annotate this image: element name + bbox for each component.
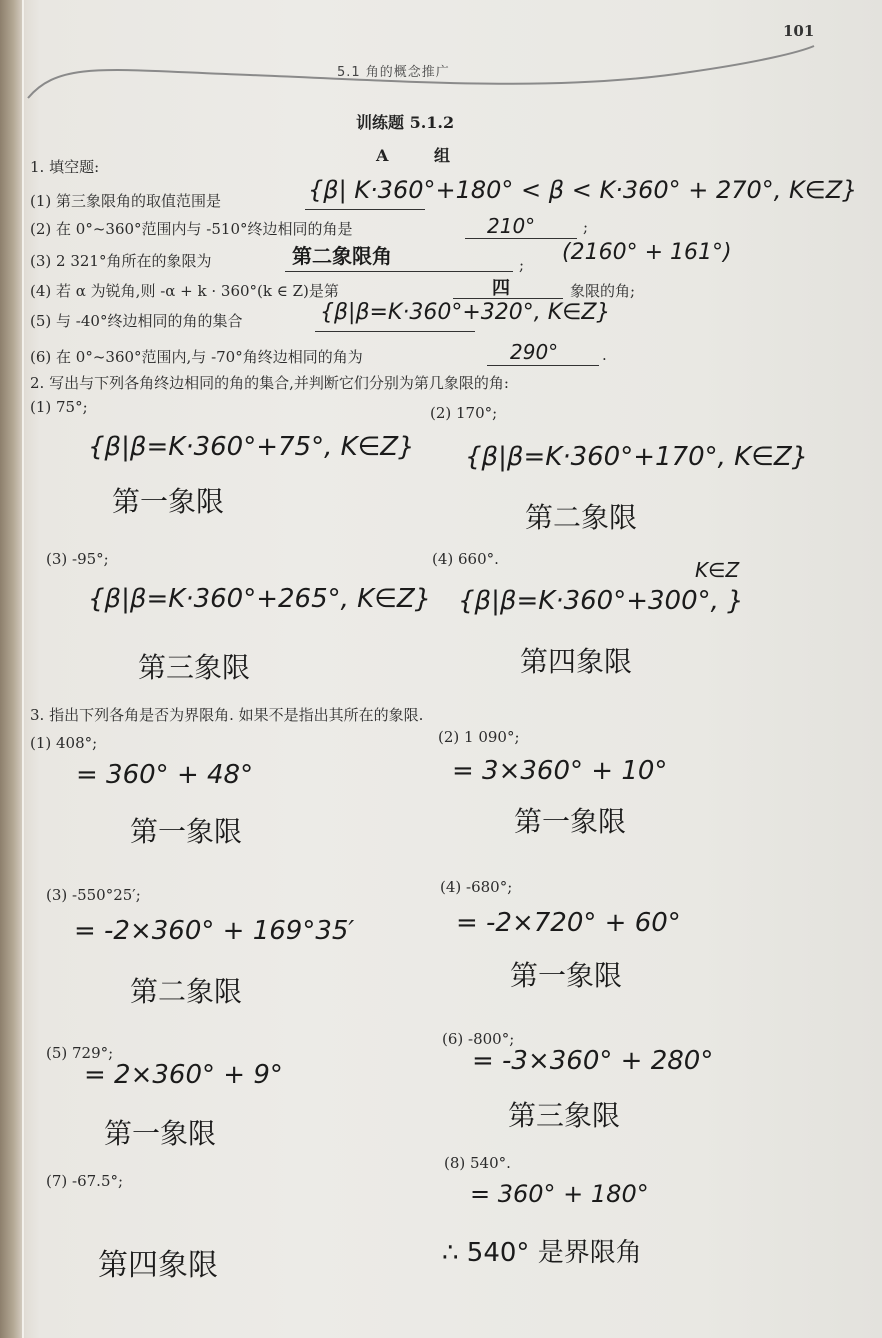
q1-item-6-suffix: .	[602, 346, 607, 364]
q1-item-5-label: (5) 与 -40°终边相同的角的集合	[30, 310, 242, 331]
q3-item-3-work: = -2×360° + 169°35′	[74, 916, 354, 946]
exercise-title: 训练题 5.1.2	[356, 110, 454, 133]
group-label: A 组	[376, 143, 470, 166]
q1-item-1-label: (1) 第三象限角的取值范围是	[30, 190, 221, 211]
q3-item-1-work: = 360° + 48°	[76, 760, 253, 790]
q1-item-3-label: (3) 2 321°角所在的象限为	[30, 250, 211, 271]
q2-item-4-label: (4) 660°.	[432, 550, 499, 568]
q1-item-4-answer: 四	[492, 274, 510, 300]
q1-item-2-label: (2) 在 0°~360°范围内与 -510°终边相同的角是	[30, 218, 353, 239]
q3-item-4-label: (4) -680°;	[440, 878, 512, 896]
q3-item-8-label: (8) 540°.	[444, 1154, 511, 1172]
q1-item-6-label: (6) 在 0°~360°范围内,与 -70°角终边相同的角为	[30, 346, 363, 367]
q1-item-5-answer: {β|β=K·360°+320°, K∈Z}	[320, 300, 610, 325]
q1-item-4-suffix: 象限的角;	[570, 280, 635, 301]
q2-item-3-label: (3) -95°;	[46, 550, 109, 568]
q2-item-4-set-note: K∈Z	[695, 558, 739, 582]
q1-item-1-blank	[305, 208, 425, 210]
q3-item-3-result: 第二象限	[130, 970, 242, 1010]
q3-item-4-work: = -2×720° + 60°	[456, 908, 681, 938]
q2-item-4-quadrant: 第四象限	[520, 640, 632, 680]
q3-item-2-result: 第一象限	[514, 800, 626, 840]
q1-item-3-blank	[285, 270, 513, 272]
q2-item-1-label: (1) 75°;	[30, 398, 88, 416]
q2-item-3-set: {β|β=K·360°+265°, K∈Z}	[88, 584, 431, 614]
q3-item-5-result: 第一象限	[104, 1112, 216, 1152]
q3-item-2-work: = 3×360° + 10°	[452, 756, 667, 786]
q2-item-3-quadrant: 第三象限	[138, 646, 250, 686]
q1-item-1-answer: {β| K·360°+180° < β < K·360° + 270°, K∈Z…	[308, 176, 857, 204]
q1-item-3-note: (2160° + 161°)	[562, 240, 732, 265]
q2-item-2-set: {β|β=K·360°+170°, K∈Z}	[465, 442, 808, 472]
q2-item-2-label: (2) 170°;	[430, 404, 497, 422]
q2-item-4-set: {β|β=K·360°+300°, }	[458, 586, 744, 616]
q1-item-3-suffix: ;	[519, 256, 524, 274]
q2-item-1-quadrant: 第一象限	[112, 480, 224, 520]
q2-item-1-set: {β|β=K·360°+75°, K∈Z}	[88, 432, 415, 462]
q1-item-3-answer: 第二象限角	[292, 240, 392, 269]
q3-item-1-label: (1) 408°;	[30, 734, 97, 752]
header-curve-decoration	[0, 0, 882, 110]
q3-item-1-result: 第一象限	[130, 810, 242, 850]
q1-item-4-label: (4) 若 α 为锐角,则 -α + k · 360°(k ∈ Z)是第	[30, 280, 339, 301]
q1-item-5-blank	[315, 330, 475, 332]
q3-item-3-label: (3) -550°25′;	[46, 886, 141, 904]
q3-item-8-result: ∴ 540° 是界限角	[442, 1232, 642, 1269]
q3-item-7-label: (7) -67.5°;	[46, 1172, 123, 1190]
q3-item-6-result: 第三象限	[508, 1094, 620, 1134]
q3-heading: 3. 指出下列各角是否为界限角. 如果不是指出其所在的象限.	[30, 704, 423, 725]
q1-item-2-suffix: ;	[583, 218, 588, 236]
q3-item-7-result: 第四象限	[98, 1240, 218, 1284]
q3-item-5-work: = 2×360° + 9°	[84, 1060, 283, 1090]
q2-heading: 2. 写出与下列各角终边相同的角的集合,并判断它们分别为第几象限的角:	[30, 372, 509, 393]
running-head: 5.1 角的概念推广	[337, 61, 450, 80]
q3-item-8-work: = 360° + 180°	[470, 1180, 649, 1208]
page-edge	[22, 0, 24, 1338]
q1-heading: 1. 填空题:	[30, 156, 99, 177]
q3-item-2-label: (2) 1 090°;	[438, 728, 520, 746]
book-spine	[0, 0, 22, 1338]
q1-item-6-answer: 290°	[510, 340, 558, 364]
q2-item-2-quadrant: 第二象限	[525, 496, 637, 536]
q3-item-4-result: 第一象限	[510, 954, 622, 994]
q1-item-6-blank	[487, 364, 599, 366]
q1-item-2-answer: 210°	[487, 214, 535, 238]
q3-item-6-work: = -3×360° + 280°	[472, 1046, 713, 1076]
